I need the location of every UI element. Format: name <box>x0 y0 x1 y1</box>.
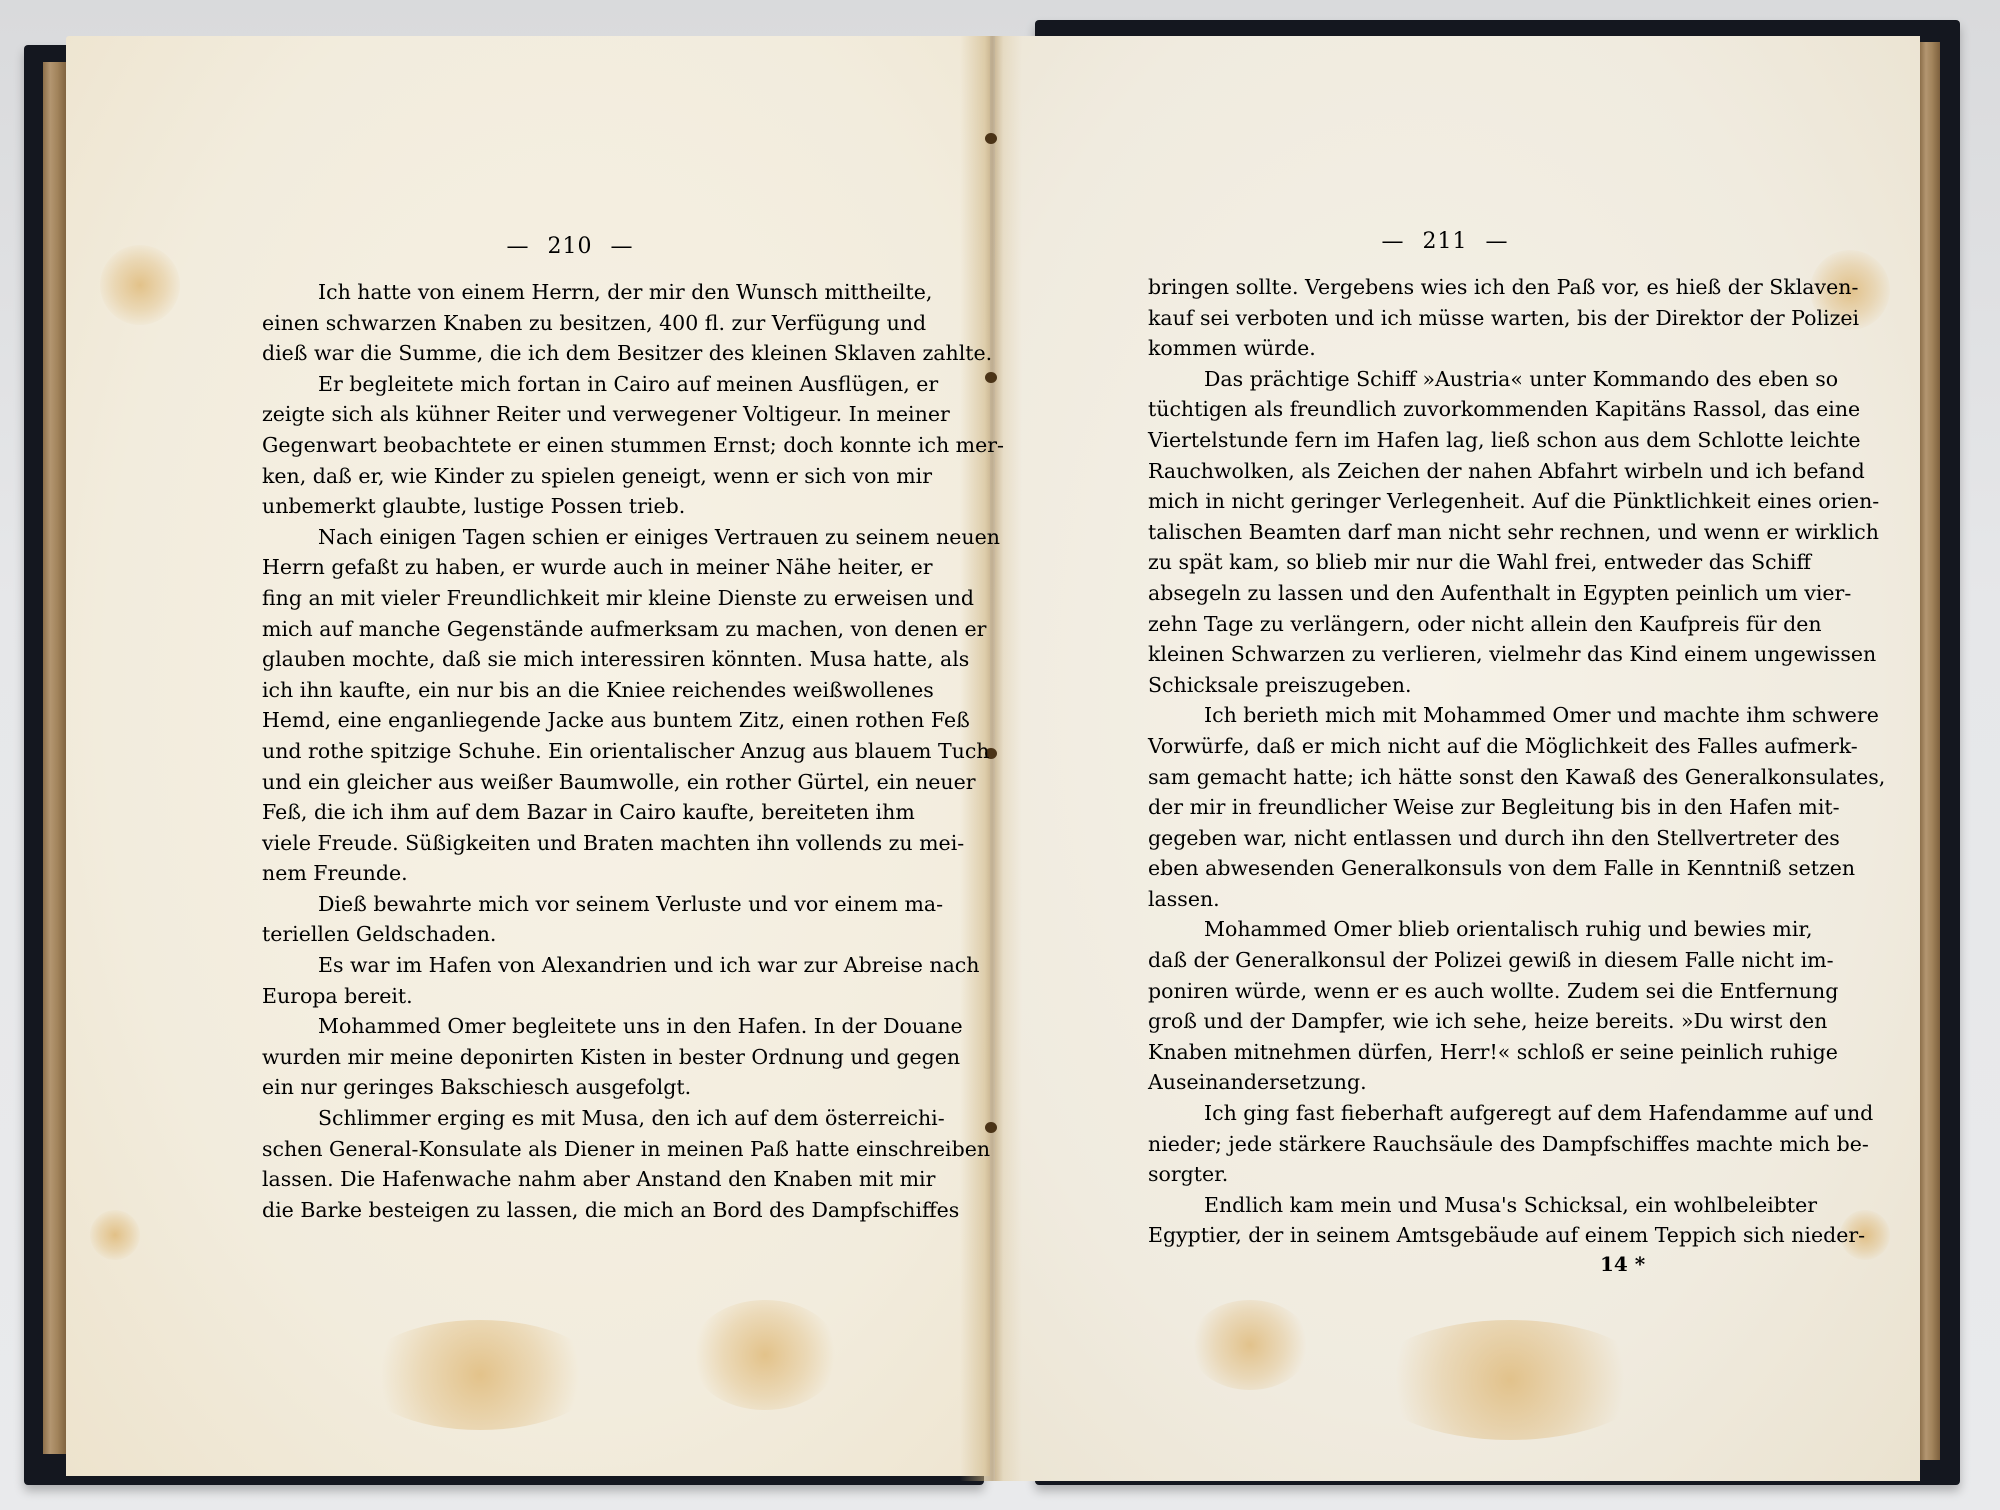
text-line: teriellen Geldschaden. <box>262 919 852 950</box>
text-line: Egyptier, der in seinem Amtsgebäude auf … <box>1148 1220 1730 1251</box>
text-line: gegeben war, nicht entlassen und durch i… <box>1148 823 1730 854</box>
text-line: Gegenwart beobachtete er einen stummen E… <box>262 430 852 461</box>
folio-dash: — <box>593 234 652 259</box>
text-line: Rauchwolken, als Zeichen der nahen Abfah… <box>1148 456 1730 487</box>
page-block-edge-right <box>1920 42 1940 1460</box>
text-line: Schlimmer erging es mit Musa, den ich au… <box>262 1103 852 1134</box>
text-line: poniren würde, wenn er es auch wollte. Z… <box>1148 976 1730 1007</box>
binding-stitch <box>985 133 997 144</box>
text-line: Feß, die ich ihm auf dem Bazar in Cairo … <box>262 797 852 828</box>
text-line: ken, daß er, wie Kinder zu spielen genei… <box>262 461 852 492</box>
text-line: und ein gleicher aus weißer Baumwolle, e… <box>262 767 852 798</box>
text-line: einen schwarzen Knaben zu besitzen, 400 … <box>262 308 852 339</box>
text-line: absegeln zu lassen und den Aufenthalt in… <box>1148 578 1730 609</box>
text-line: talischen Beamten darf man nicht sehr re… <box>1148 517 1730 548</box>
text-line: glauben mochte, daß sie mich interessire… <box>262 644 852 675</box>
text-line: viele Freude. Süßigkeiten und Braten mac… <box>262 828 852 859</box>
text-line: Herrn gefaßt zu haben, er wurde auch in … <box>262 552 852 583</box>
text-line: der mir in freundlicher Weise zur Beglei… <box>1148 792 1730 823</box>
page-block-edge-left <box>43 62 67 1454</box>
text-line: mich in nicht geringer Verlegenheit. Auf… <box>1148 486 1730 517</box>
text-line: groß und der Dampfer, wie ich sehe, heiz… <box>1148 1006 1730 1037</box>
text-line: Mohammed Omer begleitete uns in den Hafe… <box>262 1011 852 1042</box>
text-line: bringen sollte. Vergebens wies ich den P… <box>1148 272 1730 303</box>
text-line: daß der Generalkonsul der Polizei gewiß … <box>1148 945 1730 976</box>
text-line: lassen. <box>1148 884 1730 915</box>
text-line: Viertelstunde fern im Hafen lag, ließ sc… <box>1148 425 1730 456</box>
text-line: die Barke besteigen zu lassen, die mich … <box>262 1195 852 1226</box>
text-line: ein nur geringes Bakschiesch ausgefolgt. <box>262 1072 852 1103</box>
text-line: Knaben mitnehmen dürfen, Herr!« schloß e… <box>1148 1037 1730 1068</box>
foxing-stain <box>100 245 180 325</box>
page-number-left: —210— <box>470 234 670 259</box>
text-line: Auseinandersetzung. <box>1148 1067 1730 1098</box>
text-line: Ich hatte von einem Herrn, der mir den W… <box>262 277 852 308</box>
text-line: schen General-Konsulate als Diener in me… <box>262 1134 852 1165</box>
text-line: Ich berieth mich mit Mohammed Omer und m… <box>1148 700 1730 731</box>
text-line: sorgter. <box>1148 1159 1730 1190</box>
signature-mark: 14 * <box>1600 1252 1645 1276</box>
foxing-stain <box>360 1320 600 1430</box>
text-line: Nach einigen Tagen schien er einiges Ver… <box>262 522 852 553</box>
text-line: Dieß bewahrte mich vor seinem Verluste u… <box>262 889 852 920</box>
text-line: zu spät kam, so blieb mir nur die Wahl f… <box>1148 547 1730 578</box>
binding-stitch <box>985 1122 997 1133</box>
text-line: Schicksale preiszugeben. <box>1148 670 1730 701</box>
text-line: nem Freunde. <box>262 858 852 889</box>
text-line: Mohammed Omer blieb orientalisch ruhig u… <box>1148 914 1730 945</box>
foxing-stain <box>1370 1320 1650 1440</box>
text-line: kauf sei verboten und ich müsse warten, … <box>1148 303 1730 334</box>
text-line: mich auf manche Gegenstände aufmerksam z… <box>262 614 852 645</box>
foxing-stain <box>1190 1300 1310 1390</box>
folio-dash: — <box>489 234 548 259</box>
binding-stitch <box>985 372 997 383</box>
text-line: wurden mir meine deponirten Kisten in be… <box>262 1042 852 1073</box>
text-line: kleinen Schwarzen zu verlieren, vielmehr… <box>1148 639 1730 670</box>
page-number-right: —211— <box>1345 229 1545 254</box>
page-number: 210 <box>548 234 593 259</box>
folio-dash: — <box>1468 229 1527 254</box>
text-line: zehn Tage zu verlängern, oder nicht alle… <box>1148 609 1730 640</box>
text-line: sam gemacht hatte; ich hätte sonst den K… <box>1148 762 1730 793</box>
text-line: lassen. Die Hafenwache nahm aber Anstand… <box>262 1164 852 1195</box>
right-page-text: bringen sollte. Vergebens wies ich den P… <box>1148 272 1730 1251</box>
foxing-stain <box>690 1300 840 1410</box>
text-line: Hemd, eine enganliegende Jacke aus bunte… <box>262 705 852 736</box>
text-line: und rothe spitzige Schuhe. Ein orientali… <box>262 736 852 767</box>
text-line: unbemerkt glaubte, lustige Possen trieb. <box>262 491 852 522</box>
foxing-stain <box>90 1210 140 1260</box>
text-line: fing an mit vieler Freundlichkeit mir kl… <box>262 583 852 614</box>
text-line: Europa bereit. <box>262 981 852 1012</box>
left-page-text: Ich hatte von einem Herrn, der mir den W… <box>262 277 852 1225</box>
text-line: Ich ging fast fieberhaft aufgeregt auf d… <box>1148 1098 1730 1129</box>
text-line: dieß war die Summe, die ich dem Besitzer… <box>262 338 852 369</box>
text-line: kommen würde. <box>1148 333 1730 364</box>
text-line: eben abwesenden Generalkonsuls von dem F… <box>1148 853 1730 884</box>
text-line: Das prächtige Schiff »Austria« unter Kom… <box>1148 364 1730 395</box>
text-line: ich ihn kaufte, ein nur bis an die Kniee… <box>262 675 852 706</box>
text-line: nieder; jede stärkere Rauchsäule des Dam… <box>1148 1129 1730 1160</box>
folio-dash: — <box>1364 229 1423 254</box>
text-line: Vorwürfe, daß er mich nicht auf die Mögl… <box>1148 731 1730 762</box>
page-number: 211 <box>1423 229 1468 254</box>
text-line: Endlich kam mein und Musa's Schicksal, e… <box>1148 1190 1730 1221</box>
text-line: tüchtigen als freundlich zuvorkommenden … <box>1148 394 1730 425</box>
text-line: Er begleitete mich fortan in Cairo auf m… <box>262 369 852 400</box>
text-line: zeigte sich als kühner Reiter und verweg… <box>262 399 852 430</box>
text-line: Es war im Hafen von Alexandrien und ich … <box>262 950 852 981</box>
